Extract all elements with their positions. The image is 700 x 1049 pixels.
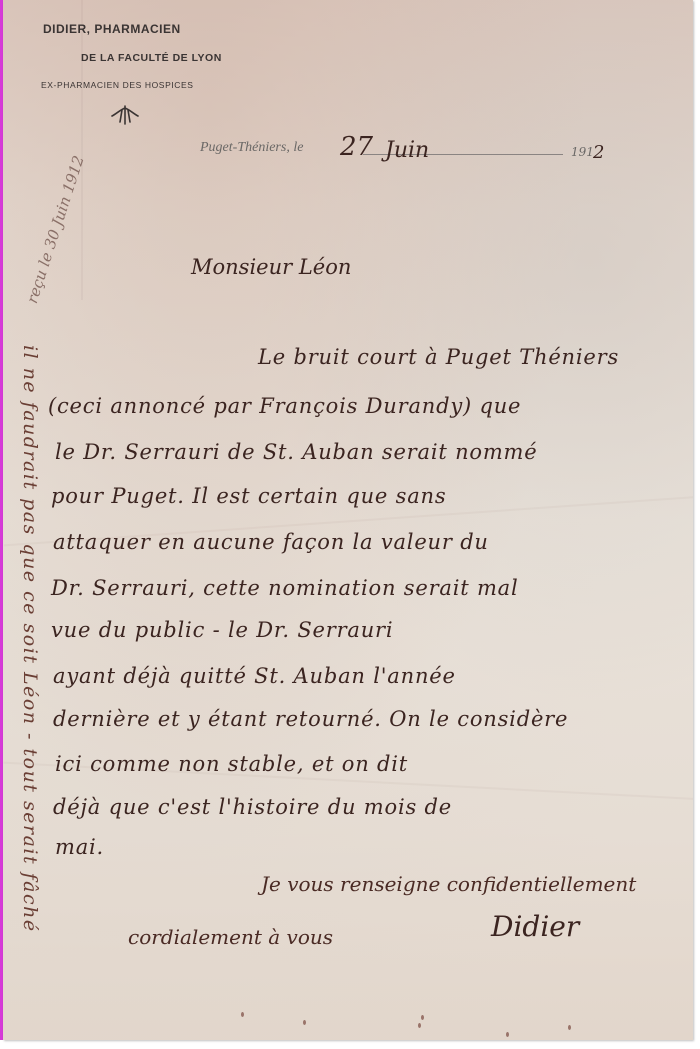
body-line: mai.	[55, 835, 104, 859]
received-note: reçu le 30 Juin 1912	[23, 153, 88, 305]
body-line: Dr. Serrauri, cette nomination serait ma…	[51, 576, 519, 600]
caduceus-emblem-icon	[110, 104, 140, 126]
body-line: déjà que c'est l'histoire du mois de	[53, 795, 452, 819]
date-year-printed: 191	[571, 145, 594, 159]
body-line: le Dr. Serrauri de St. Auban serait nomm…	[55, 440, 538, 464]
body-line: dernière et y étant retourné. On le cons…	[53, 707, 568, 731]
body-line: vue du public - le Dr. Serrauri	[51, 618, 393, 642]
closing-line: Je vous renseigne confidentiellement	[261, 872, 636, 896]
place-label: Puget-Théniers, le	[200, 140, 303, 156]
paper-fold	[81, 0, 83, 300]
body-line: ici comme non stable, et on dit	[55, 752, 408, 776]
letterhead-name: DIDIER, PHARMACIEN	[43, 22, 181, 36]
body-line: Le bruit court à Puget Théniers	[258, 345, 619, 369]
margin-note: il ne faudrait pas que ce soit Léon - to…	[19, 345, 41, 933]
body-line: attaquer en aucune façon la valeur du	[53, 530, 489, 554]
date-month: Juin	[385, 138, 429, 163]
body-line: ayant déjà quitté St. Auban l'année	[53, 664, 456, 688]
signature: Didier	[491, 910, 579, 943]
closing-line: cordialement à vous	[128, 925, 333, 949]
letterhead-faculty: DE LA FACULTÉ DE LYON	[81, 52, 222, 64]
letterhead-former-title: EX-PHARMACIEN DES HOSPICES	[41, 80, 194, 90]
date-day: 27	[340, 132, 373, 162]
body-line: (ceci annoncé par François Durandy) que	[48, 394, 521, 418]
salutation: Monsieur Léon	[191, 255, 351, 279]
date-year-handwritten: 2	[593, 142, 604, 163]
body-line: pour Puget. Il est certain que sans	[51, 484, 446, 508]
letter-page: DIDIER, PHARMACIEN DE LA FACULTÉ DE LYON…	[3, 0, 693, 1040]
